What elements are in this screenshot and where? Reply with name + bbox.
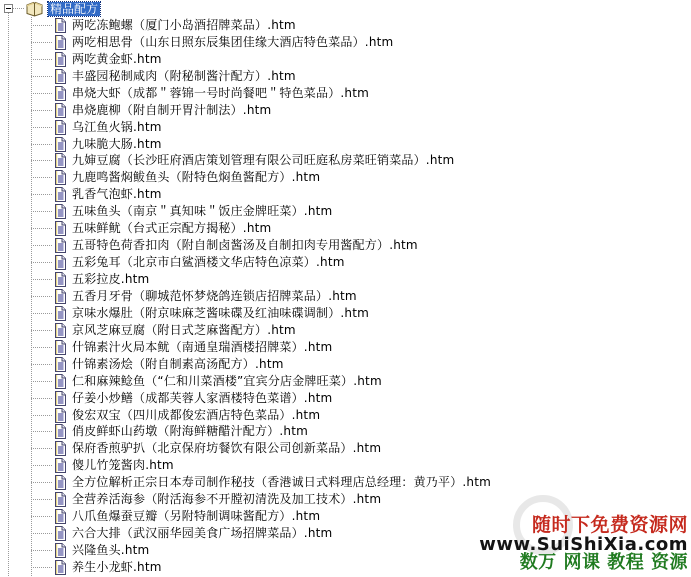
tree-connector <box>31 516 52 517</box>
tree-item[interactable]: 五彩拉皮.htm <box>0 271 691 288</box>
tree-item[interactable]: 仁和麻辣鲶鱼（“仁和川菜酒楼”宜宾分店金牌旺菜）.htm <box>0 373 691 390</box>
document-page-icon <box>54 323 67 338</box>
document-page-icon <box>54 170 67 185</box>
document-page-icon <box>54 492 67 507</box>
tree-connector <box>31 127 52 128</box>
tree-item-label[interactable]: 什锦素汁火局本鱿（南通皇瑞酒楼招牌菜）.htm <box>72 340 332 355</box>
tree-connector <box>31 550 52 551</box>
open-book-icon <box>25 1 44 17</box>
tree-connector <box>31 364 52 365</box>
tree-connector <box>31 245 52 246</box>
tree-item-label[interactable]: 俏皮鲜虾山药墩（附海鲜糖醋汁配方）.htm <box>72 424 308 439</box>
tree-item[interactable]: 全营养活海参（附活海参不开膛初清洗及加工技术）.htm <box>0 491 691 508</box>
document-page-icon <box>54 509 67 524</box>
document-page-icon <box>54 408 67 423</box>
tree-item-label[interactable]: 全营养活海参（附活海参不开膛初清洗及加工技术）.htm <box>72 492 381 507</box>
tree-connector <box>31 431 52 432</box>
tree-connector <box>31 347 52 348</box>
document-page-icon <box>54 391 67 406</box>
tree-item-label[interactable]: 兴隆鱼头.htm <box>72 543 149 558</box>
tree-items-list: 两吃冻鲍螺（厦门小岛酒招牌菜品）.htm 两吃相思骨（山东日照东辰集团佳缘大酒店… <box>0 17 691 576</box>
tree-connector <box>31 465 52 466</box>
tree-connector <box>31 160 52 161</box>
document-page-icon <box>54 204 67 219</box>
tree-connector <box>31 415 52 416</box>
tree-item[interactable]: 京风芝麻豆腐（附日式芝麻酱配方）.htm <box>0 322 691 339</box>
document-page-icon <box>54 137 67 152</box>
tree-item[interactable]: 俊宏双宝（四川成都俊宏酒店特色菜品）.htm <box>0 407 691 424</box>
tree-item[interactable]: 两吃相思骨（山东日照东辰集团佳缘大酒店特色菜品）.htm <box>0 34 691 51</box>
document-page-icon <box>54 255 67 270</box>
tree-connector <box>31 398 52 399</box>
tree-item[interactable]: 五哥特色荷香扣肉（附自制卤酱汤及自制扣肉专用酱配方）.htm <box>0 237 691 254</box>
tree-item[interactable]: 全方位解析正宗日本寿司制作秘技（香港诚日式料理店总经理：黄乃平）.htm <box>0 474 691 491</box>
tree-item[interactable]: 串烧大虾（成都＂蓉锦一号时尚餐吧＂特色菜品）.htm <box>0 85 691 102</box>
tree-item-label[interactable]: 九鹿鸣酱焖鲅鱼头（附特色焖鱼酱配方）.htm <box>72 170 320 185</box>
tree-item-label[interactable]: 养生小龙虾.htm <box>72 560 162 575</box>
tree-item-label[interactable]: 八爪鱼爆蚕豆瓣（另附特制调味酱配方）.htm <box>72 509 320 524</box>
document-page-icon <box>54 340 67 355</box>
tree-connector <box>31 194 52 195</box>
tree-connector <box>31 144 52 145</box>
tree-item-label[interactable]: 五香月牙骨（聊城范怀梦烧鸽连锁店招牌菜品）.htm <box>72 289 357 304</box>
tree-item[interactable]: 什锦素汁火局本鱿（南通皇瑞酒楼招牌菜）.htm <box>0 339 691 356</box>
tree-item[interactable]: 乳香气泡虾.htm <box>0 186 691 203</box>
tree-item-label[interactable]: 六合大排（武汉丽华园美食广场招牌菜品）.htm <box>72 526 332 541</box>
tree-item-label[interactable]: 俊宏双宝（四川成都俊宏酒店特色菜品）.htm <box>72 408 320 423</box>
tree-item-label[interactable]: 京味水爆肚（附京味麻芝酱味碟及红油味碟调制）.htm <box>72 306 369 321</box>
tree-item[interactable]: 俏皮鲜虾山药墩（附海鲜糖醋汁配方）.htm <box>0 424 691 441</box>
document-page-icon <box>54 52 67 67</box>
tree-item-label[interactable]: 两吃黄金虾.htm <box>72 52 162 67</box>
tree-connector <box>31 296 52 297</box>
collapse-minus-icon[interactable] <box>4 4 13 13</box>
tree-item[interactable]: 乌江鱼火锅.htm <box>0 119 691 136</box>
tree-item[interactable]: 串烧鹿柳（附自制开胃汁制法）.htm <box>0 102 691 119</box>
document-page-icon <box>54 441 67 456</box>
document-page-icon <box>54 306 67 321</box>
tree-item-label[interactable]: 五味鱼头（南京＂真知味＂饭庄金牌旺菜）.htm <box>72 204 332 219</box>
tree-item[interactable]: 仔姜小炒鳝（成都芙蓉人家酒楼特色菜谱）.htm <box>0 390 691 407</box>
document-page-icon <box>54 221 67 236</box>
document-page-icon <box>54 153 67 168</box>
document-page-icon <box>54 103 67 118</box>
tree-connector <box>31 330 52 331</box>
document-page-icon <box>54 35 67 50</box>
tree-connector <box>31 228 52 229</box>
document-page-icon <box>54 475 67 490</box>
tree-item-label[interactable]: 五味鲜鱿（台式正宗配方揭秘）.htm <box>72 221 271 236</box>
document-page-icon <box>54 18 67 33</box>
tree-item-label[interactable]: 什锦素汤烩（附自制素高汤配方）.htm <box>72 357 284 372</box>
tree-item-label[interactable]: 五彩兔耳（北京市白鲨酒楼文华店特色凉菜）.htm <box>72 255 345 270</box>
tree-item[interactable]: 五味鲜鱿（台式正宗配方揭秘）.htm <box>0 220 691 237</box>
document-page-icon <box>54 238 67 253</box>
tree-connector <box>31 76 52 77</box>
tree-connector <box>31 313 52 314</box>
tree-item[interactable]: 五香月牙骨（聊城范怀梦烧鸽连锁店招牌菜品）.htm <box>0 288 691 305</box>
tree-connector <box>31 25 52 26</box>
document-page-icon <box>54 289 67 304</box>
tree-connector <box>31 533 52 534</box>
tree-connector <box>31 110 52 111</box>
tree-item[interactable]: 两吃黄金虾.htm <box>0 51 691 68</box>
tree-connector <box>31 42 52 43</box>
tree-item-label[interactable]: 五哥特色荷香扣肉（附自制卤酱汤及自制扣肉专用酱配方）.htm <box>72 238 418 253</box>
document-page-icon <box>54 458 67 473</box>
tree-item-label[interactable]: 两吃冻鲍螺（厦门小岛酒招牌菜品）.htm <box>72 18 296 33</box>
tree-item[interactable]: 傻儿竹笼酱肉.htm <box>0 457 691 474</box>
tree-item-label[interactable]: 仁和麻辣鲶鱼（“仁和川菜酒楼”宜宾分店金牌旺菜）.htm <box>72 374 382 389</box>
tree-connector <box>31 59 52 60</box>
tree-item[interactable]: 保府香煎驴扒（北京保府坊餐饮有限公司创新菜品）.htm <box>0 440 691 457</box>
tree-item-label[interactable]: 两吃相思骨（山东日照东辰集团佳缘大酒店特色菜品）.htm <box>72 35 393 50</box>
tree-connector <box>31 448 52 449</box>
document-page-icon <box>54 374 67 389</box>
toc-tree-view: 精品配方 两吃冻鲍螺（厦门小岛酒招牌菜品）.htm <box>0 0 691 577</box>
watermark-site-name: 随时下免费资源网 <box>479 516 688 536</box>
tree-connector <box>31 211 52 212</box>
tree-connector <box>31 279 52 280</box>
tree-item[interactable]: 两吃冻鲍螺（厦门小岛酒招牌菜品）.htm <box>0 17 691 34</box>
tree-item[interactable]: 五彩兔耳（北京市白鲨酒楼文华店特色凉菜）.htm <box>0 254 691 271</box>
tree-item[interactable]: 九婶豆腐（长沙旺府酒店策划管理有限公司旺庭私房菜旺销菜品）.htm <box>0 153 691 170</box>
tree-item[interactable]: 丰盛园秘制咸肉（附秘制酱汁配方）.htm <box>0 68 691 85</box>
tree-item-label[interactable]: 丰盛园秘制咸肉（附秘制酱汁配方）.htm <box>72 69 296 84</box>
root-node-label[interactable]: 精品配方 <box>48 2 100 16</box>
tree-item[interactable]: 什锦素汤烩（附自制素高汤配方）.htm <box>0 356 691 373</box>
tree-item-label[interactable]: 全方位解析正宗日本寿司制作秘技（香港诚日式料理店总经理：黄乃平）.htm <box>72 475 491 490</box>
tree-connector <box>31 567 52 568</box>
tree-item-label[interactable]: 五彩拉皮.htm <box>72 272 149 287</box>
document-page-icon <box>54 86 67 101</box>
tree-item-label[interactable]: 串烧大虾（成都＂蓉锦一号时尚餐吧＂特色菜品）.htm <box>72 86 369 101</box>
document-page-icon <box>54 69 67 84</box>
tree-connector <box>31 262 52 263</box>
tree-item-label[interactable]: 乳香气泡虾.htm <box>72 187 162 202</box>
document-page-icon <box>54 543 67 558</box>
tree-connector <box>31 93 52 94</box>
site-watermark: 随时下免费资源网 www.SuiShiXia.com 数万 网课 教程 资源 <box>479 516 688 573</box>
document-page-icon <box>54 526 67 541</box>
document-page-icon <box>54 272 67 287</box>
tree-item-label[interactable]: 九婶豆腐（长沙旺府酒店策划管理有限公司旺庭私房菜旺销菜品）.htm <box>72 153 454 168</box>
tree-item-label[interactable]: 九味脆大肠.htm <box>72 137 162 152</box>
tree-item[interactable]: 九味脆大肠.htm <box>0 136 691 153</box>
tree-connector <box>31 499 52 500</box>
tree-item[interactable]: 京味水爆肚（附京味麻芝酱味碟及红油味碟调制）.htm <box>0 305 691 322</box>
tree-item-label[interactable]: 保府香煎驴扒（北京保府坊餐饮有限公司创新菜品）.htm <box>72 441 381 456</box>
tree-connector <box>31 482 52 483</box>
document-page-icon <box>54 187 67 202</box>
tree-item-label[interactable]: 串烧鹿柳（附自制开胃汁制法）.htm <box>72 103 271 118</box>
document-page-icon <box>54 560 67 575</box>
watermark-tagline: 数万 网课 教程 资源 <box>479 554 688 573</box>
tree-connector <box>31 381 52 382</box>
tree-item[interactable]: 九鹿鸣酱焖鲅鱼头（附特色焖鱼酱配方）.htm <box>0 169 691 186</box>
tree-connector <box>13 8 24 9</box>
tree-item-label[interactable]: 傻儿竹笼酱肉.htm <box>72 458 174 473</box>
document-page-icon <box>54 357 67 372</box>
tree-connector <box>31 177 52 178</box>
document-page-icon <box>54 120 67 135</box>
tree-item[interactable]: 五味鱼头（南京＂真知味＂饭庄金牌旺菜）.htm <box>0 203 691 220</box>
tree-item-label[interactable]: 仔姜小炒鳝（成都芙蓉人家酒楼特色菜谱）.htm <box>72 391 332 406</box>
tree-root-node[interactable]: 精品配方 <box>0 0 691 17</box>
document-page-icon <box>54 424 67 439</box>
tree-item-label[interactable]: 乌江鱼火锅.htm <box>72 120 162 135</box>
tree-item-label[interactable]: 京风芝麻豆腐（附日式芝麻酱配方）.htm <box>72 323 296 338</box>
